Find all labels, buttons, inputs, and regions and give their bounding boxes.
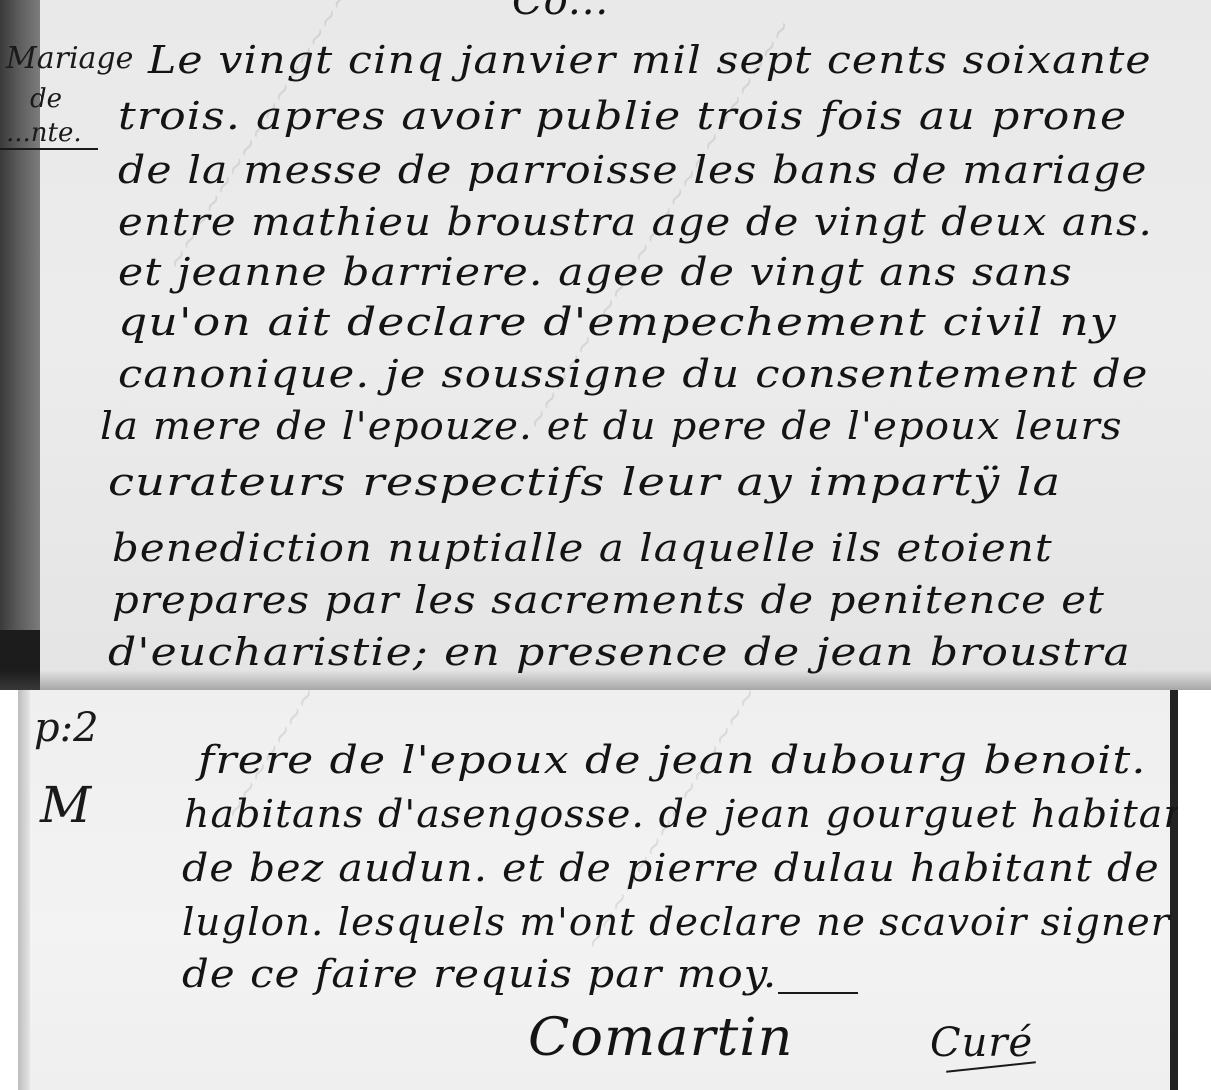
- entry-line-13: frere de l'epoux de jean dubourg benoit.: [198, 738, 1147, 782]
- entry-line-14: habitans d'asengosse. de jean gourguet h…: [184, 792, 1178, 836]
- entry-line-4: entre mathieu broustra age de vingt deux…: [118, 200, 1153, 244]
- entry-line-6: qu'on ait declare d'empechement civil ny: [118, 300, 1117, 344]
- margin-mark: M: [40, 780, 91, 830]
- entry-line-2: trois. apres avoir publie trois fois au …: [118, 94, 1127, 138]
- entry-line-16: luglon. lesquels m'ont declare ne scavoi…: [182, 900, 1170, 944]
- entry-line-1: Le vingt cinq janvier mil sept cents soi…: [148, 38, 1152, 82]
- register-fragment-top: ~~~~~~~~~~~~~~~~~~~~~~ ~~~~~~~~~~~~~~~~~…: [0, 0, 1211, 690]
- page-bottom-shadow: [0, 670, 1211, 690]
- entry-line-8: la mere de l'epouze. et du pere de l'epo…: [100, 404, 1123, 448]
- closing-underline: [778, 992, 858, 994]
- register-fragment-bottom: ~~~~~~~~~~~~~~~~~~~~~~ ~~~~~~~~~~~~~~~~~…: [18, 690, 1178, 1090]
- entry-line-7: canonique. je soussigne du consentement …: [118, 352, 1149, 396]
- margin-page-reference: p:2: [34, 708, 99, 748]
- priest-title: Curé: [930, 1020, 1033, 1066]
- margin-note-name: ...nte.: [6, 120, 82, 146]
- entry-line-15: de bez audun. et de pierre dulau habitan…: [182, 846, 1160, 890]
- entry-line-5: et jeanne barriere. agee de vingt ans sa…: [118, 250, 1073, 294]
- entry-line-3: de la messe de parroisse les bans de mar…: [118, 148, 1148, 192]
- entry-line-17: de ce faire requis par moy.: [182, 952, 777, 996]
- entry-line-10: benediction nuptialle a laquelle ils eto…: [112, 526, 1053, 570]
- priest-signature: Comartin: [528, 1008, 793, 1068]
- page-right-edge: [1170, 690, 1178, 1090]
- margin-note-de: de: [30, 86, 62, 112]
- margin-note-mariage: Mariage: [6, 44, 133, 74]
- margin-underline: [0, 148, 98, 150]
- header-fragment: Co...: [512, 0, 609, 24]
- entry-line-12: d'eucharistie; en presence de jean brous…: [108, 630, 1131, 674]
- entry-line-11: prepares par les sacrements de penitence…: [112, 578, 1105, 622]
- page-left-edge: [18, 690, 30, 1090]
- entry-line-9: curateurs respectifs leur ay impartÿ la: [108, 460, 1061, 504]
